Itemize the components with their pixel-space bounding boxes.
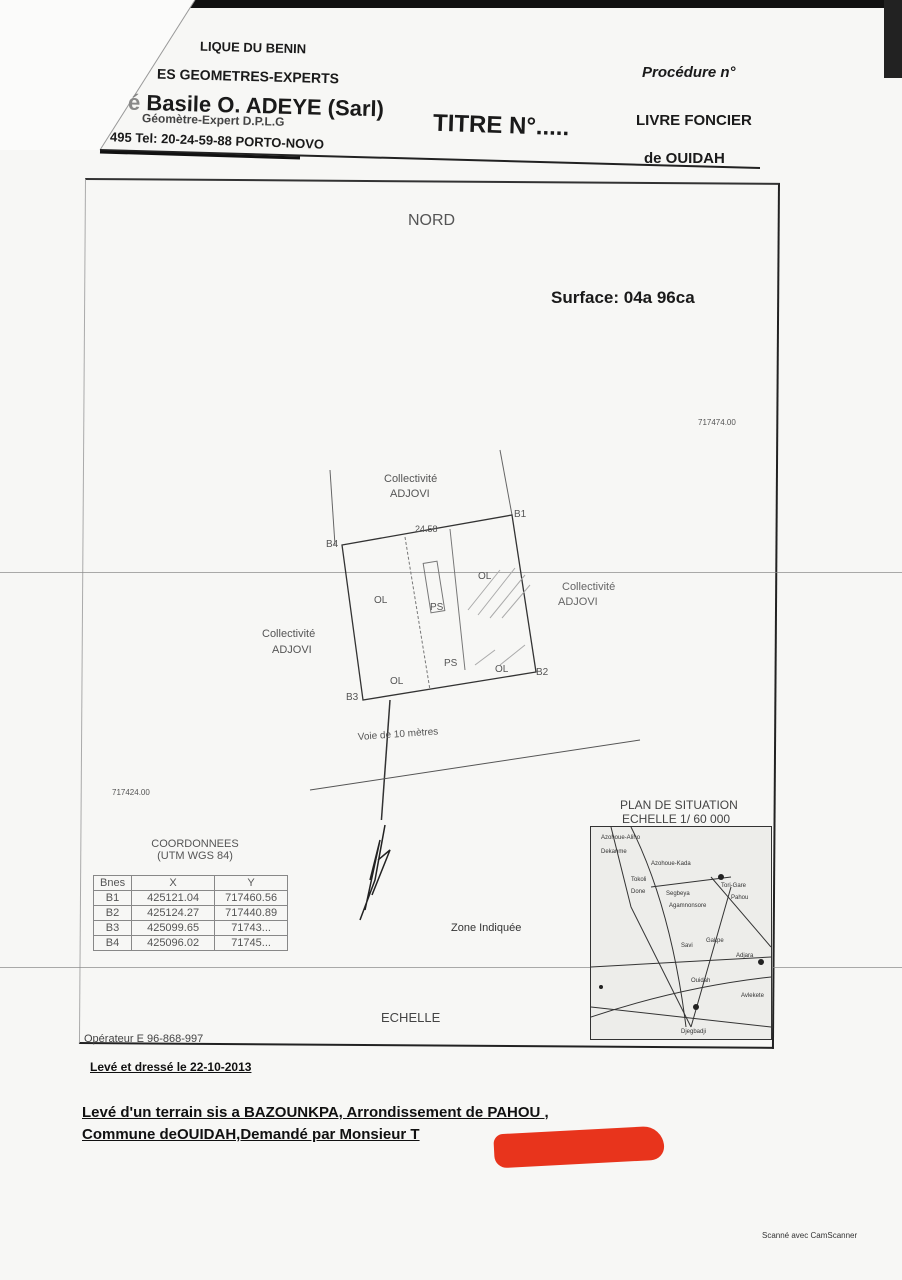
scale-label: ECHELLE xyxy=(381,1010,440,1025)
table-row: B2425124.27717440.89 xyxy=(94,906,288,921)
svg-text:Avlekete: Avlekete xyxy=(741,993,765,999)
titre-number: TITRE N°..... xyxy=(433,110,570,143)
coordinates-heading: COORDONNEES xyxy=(140,838,250,850)
svg-text:Gakpe: Gakpe xyxy=(706,938,724,944)
svg-text:Collectivité: Collectivité xyxy=(384,473,437,485)
coordinates-system: (UTM WGS 84) xyxy=(140,850,250,862)
svg-text:Collectivité: Collectivité xyxy=(562,581,615,593)
svg-text:24.58: 24.58 xyxy=(415,524,438,534)
svg-text:Adjara: Adjara xyxy=(736,953,754,959)
svg-text:Pahou: Pahou xyxy=(731,895,748,901)
svg-text:ADJOVI: ADJOVI xyxy=(272,644,312,656)
north-label: NORD xyxy=(408,212,455,230)
table-row: B3425099.6571743... xyxy=(94,921,288,936)
surface-area: Surface: 04a 96ca xyxy=(551,288,695,308)
svg-text:ADJOVI: ADJOVI xyxy=(390,488,430,500)
svg-text:B4: B4 xyxy=(326,539,339,550)
svg-text:OL: OL xyxy=(374,595,388,606)
column-header: X xyxy=(132,876,215,891)
svg-text:Agamnonsore: Agamnonsore xyxy=(669,903,707,909)
scanner-watermark: Scanné avec CamScanner xyxy=(762,1231,857,1240)
svg-text:OL: OL xyxy=(478,571,492,582)
svg-text:Voie de 10 mètres: Voie de 10 mètres xyxy=(357,726,438,743)
column-header: Bnes xyxy=(94,876,132,891)
svg-text:B3: B3 xyxy=(346,692,359,703)
situation-scale: ECHELLE 1/ 60 000 xyxy=(622,812,730,826)
svg-text:Savi: Savi xyxy=(681,943,693,949)
survey-date: Levé et dressé le 22-10-2013 xyxy=(90,1060,251,1074)
zone-indiquee-label: Zone Indiquée xyxy=(451,922,521,934)
table-row: B1425121.04717460.56 xyxy=(94,891,288,906)
svg-text:PS: PS xyxy=(430,602,444,613)
operator-line: Opérateur E 96-868-997 xyxy=(84,1033,203,1045)
description-line2: Commune deOUIDAH,Demandé par Monsieur T xyxy=(82,1126,420,1143)
situation-title: PLAN DE SITUATION xyxy=(620,798,738,812)
table-header-row: Bnes X Y xyxy=(94,876,288,891)
svg-text:PS: PS xyxy=(444,658,458,669)
svg-text:Done: Done xyxy=(631,889,646,895)
livre-foncier: LIVRE FONCIER xyxy=(636,112,752,129)
svg-text:Djegbadji: Djegbadji xyxy=(681,1029,706,1035)
svg-text:Azohoue-Kada: Azohoue-Kada xyxy=(651,861,691,867)
header-line1: LIQUE DU BENIN xyxy=(200,39,307,57)
livre-foncier-city: de OUIDAH xyxy=(644,150,725,167)
table-row: B4425096.0271745... xyxy=(94,936,288,951)
coordinates-table: Bnes X Y B1425121.04717460.56 B2425124.2… xyxy=(93,875,288,951)
description-line1: Levé d'un terrain sis a BAZOUNKPA, Arron… xyxy=(82,1104,549,1121)
svg-text:Ouidah: Ouidah xyxy=(691,978,710,984)
svg-text:ADJOVI: ADJOVI xyxy=(558,596,598,608)
svg-text:Segbeya: Segbeya xyxy=(666,891,690,897)
grid-coordinate-top: 717474.00 xyxy=(698,418,736,427)
svg-text:OL: OL xyxy=(390,676,404,687)
svg-text:Dekanme: Dekanme xyxy=(601,849,627,855)
procedure-number: Procédure n° xyxy=(642,64,736,81)
svg-text:Tori-Gare: Tori-Gare xyxy=(721,883,747,889)
svg-text:Azohoue-Aliho: Azohoue-Aliho xyxy=(601,835,641,841)
signature xyxy=(350,820,410,930)
svg-text:B2: B2 xyxy=(536,667,549,678)
parcel-plan: Collectivité ADJOVI Collectivité ADJOVI … xyxy=(240,440,660,820)
svg-text:B1: B1 xyxy=(514,509,527,520)
firm-prefix: é xyxy=(128,90,141,115)
situation-map-roads: Azohoue-AlihoDekanme Azohoue-KadaTori-Ga… xyxy=(591,827,771,1039)
svg-text:Tokoli: Tokoli xyxy=(631,877,646,883)
situation-map: Azohoue-AlihoDekanme Azohoue-KadaTori-Ga… xyxy=(590,826,772,1040)
column-header: Y xyxy=(215,876,288,891)
svg-text:Collectivité: Collectivité xyxy=(262,628,315,640)
svg-text:OL: OL xyxy=(495,664,509,675)
grid-coordinate-left: 717424.00 xyxy=(112,788,150,797)
coordinates-title: COORDONNEES (UTM WGS 84) xyxy=(140,838,250,862)
